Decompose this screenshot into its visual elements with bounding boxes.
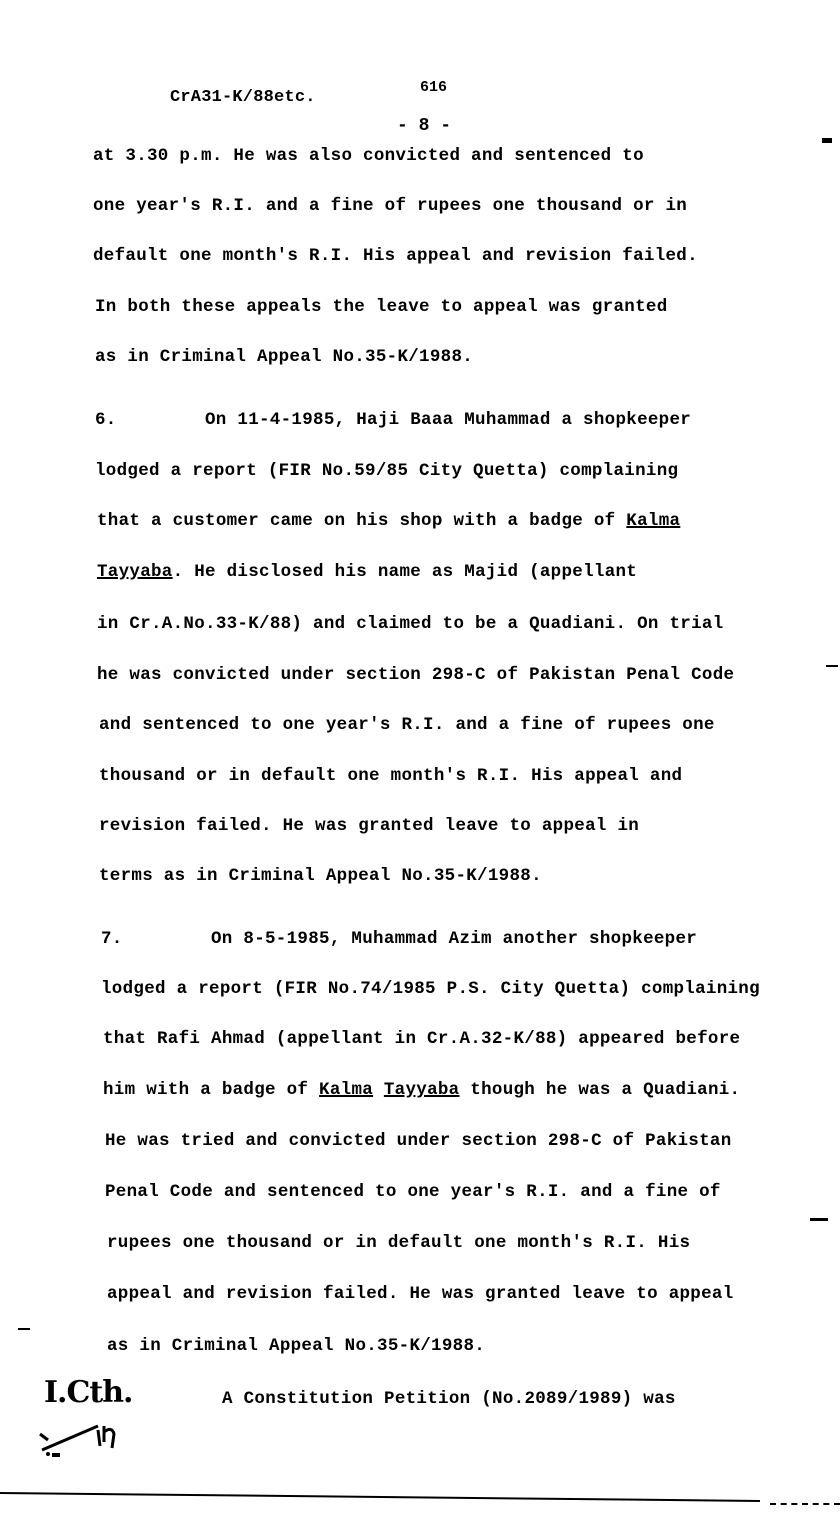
text-line: A Constitution Petition (No.2089/1989) w… — [222, 1389, 676, 1409]
text-span: On 8-5-1985, Muhammad Azim another shopk… — [211, 929, 697, 949]
text-line: He was tried and convicted under section… — [105, 1131, 732, 1151]
text-span: On 11-4-1985, Haji Baaa Muhammad a shopk… — [205, 410, 691, 430]
page-bottom-rule-dashed — [770, 1503, 840, 1505]
page-number: - 8 - — [397, 116, 451, 136]
text-span: him with a badge of — [103, 1080, 319, 1100]
paragraph-7-first-line: 7.On 8-5-1985, Muhammad Azim another sho… — [101, 929, 697, 949]
text-line: lodged a report (FIR No.59/85 City Quett… — [95, 461, 678, 481]
scan-artifact — [826, 665, 838, 667]
text-span: though he was a Quadiani. — [460, 1080, 741, 1100]
text-line: one year's R.I. and a fine of rupees one… — [93, 196, 687, 216]
text-span — [373, 1080, 384, 1100]
text-line: and sentenced to one year's R.I. and a f… — [99, 715, 715, 735]
paragraph-6-first-line: 6.On 11-4-1985, Haji Baaa Muhammad a sho… — [95, 410, 691, 430]
text-line: lodged a report (FIR No.74/1985 P.S. Cit… — [101, 979, 760, 999]
signature-mark — [38, 1420, 128, 1480]
page-stamp: 616 — [420, 79, 447, 96]
underlined-term: Tayyaba — [384, 1080, 460, 1100]
text-line: thousand or in default one month's R.I. … — [99, 766, 682, 786]
case-reference: CrA31-K/88etc. — [170, 88, 316, 107]
scan-artifact — [18, 1328, 30, 1330]
scan-artifact — [810, 1218, 828, 1221]
page-bottom-rule — [0, 1492, 760, 1502]
scan-artifact — [822, 138, 832, 143]
text-line: at 3.30 p.m. He was also convicted and s… — [93, 146, 644, 166]
text-line: Tayyaba. He disclosed his name as Majid … — [97, 562, 637, 582]
text-line: as in Criminal Appeal No.35-K/1988. — [95, 347, 473, 367]
underlined-term: Tayyaba — [97, 562, 173, 582]
text-line: him with a badge of Kalma Tayyaba though… — [103, 1080, 740, 1100]
underlined-term: Kalma — [319, 1080, 373, 1100]
text-line: in Cr.A.No.33-K/88) and claimed to be a … — [97, 614, 724, 634]
text-line: terms as in Criminal Appeal No.35-K/1988… — [99, 866, 542, 886]
text-span: . He disclosed his name as Majid (appell… — [173, 562, 637, 582]
text-line: rupees one thousand or in default one mo… — [107, 1233, 690, 1253]
text-line: In both these appeals the leave to appea… — [95, 297, 668, 317]
text-line: as in Criminal Appeal No.35-K/1988. — [107, 1336, 485, 1356]
underlined-term: Kalma — [626, 511, 680, 531]
text-span: that a customer came on his shop with a … — [97, 511, 626, 531]
text-line: Penal Code and sentenced to one year's R… — [105, 1182, 721, 1202]
paragraph-number: 6. — [95, 410, 205, 430]
text-line: that Rafi Ahmad (appellant in Cr.A.32-K/… — [103, 1029, 740, 1049]
handwritten-paragraph-number: I.Cth. — [44, 1375, 132, 1410]
text-line: he was convicted under section 298-C of … — [97, 665, 734, 685]
text-line: appeal and revision failed. He was grant… — [107, 1284, 734, 1304]
paragraph-number: 7. — [101, 929, 211, 949]
text-line: revision failed. He was granted leave to… — [99, 816, 639, 836]
text-line: default one month's R.I. His appeal and … — [93, 246, 698, 266]
text-line: that a customer came on his shop with a … — [97, 511, 680, 531]
